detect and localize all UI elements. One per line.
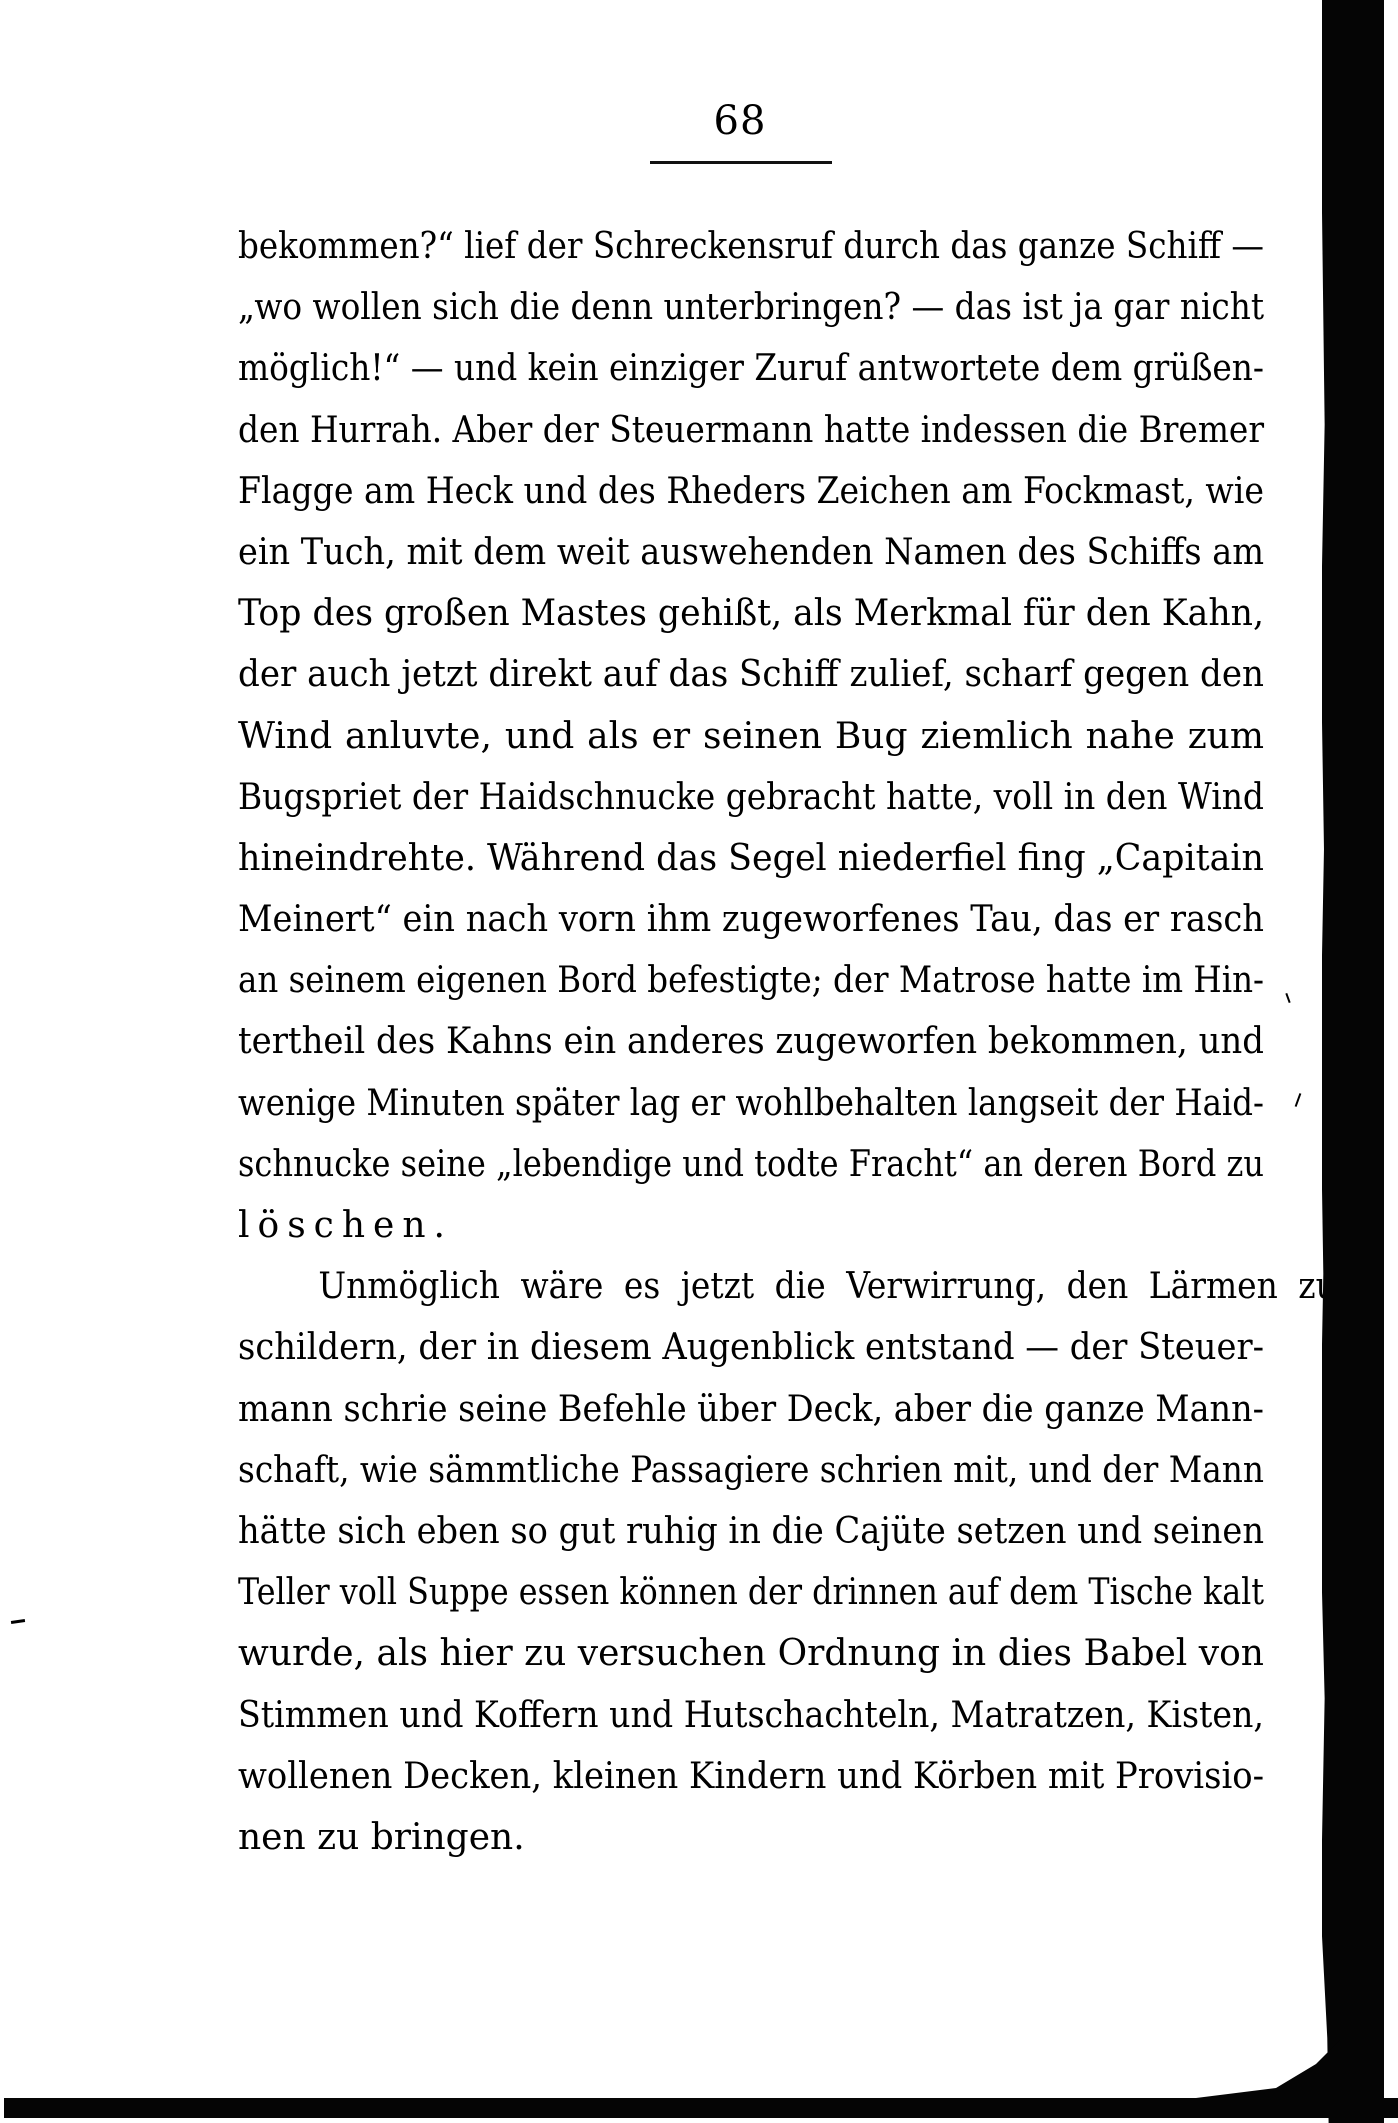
text-line: nen zu bringen. xyxy=(238,1807,1264,1868)
text-line: schnucke seine „lebendige und todte Frac… xyxy=(238,1134,1264,1195)
text-line: Flagge am Heck und des Rheders Zeichen a… xyxy=(238,461,1264,522)
text-line: „wo wollen sich die denn unterbringen? —… xyxy=(238,277,1264,338)
paragraph-start-line: Unmöglich wäre es jetzt die Verwirrung, … xyxy=(238,1256,1337,1317)
text-line: wenige Minuten später lag er wohlbehalte… xyxy=(238,1073,1264,1134)
page-margin-right xyxy=(1384,0,1398,2123)
text-line: Stimmen und Koffern und Hutschachteln, M… xyxy=(238,1685,1264,1746)
text-line: möglich!“ — und kein einziger Zuruf antw… xyxy=(238,338,1264,399)
text-line: den Hurrah. Aber der Steuermann hatte in… xyxy=(238,400,1264,461)
text-line: Teller voll Suppe essen können der drinn… xyxy=(238,1562,1264,1623)
text-line: Wind anluvte, und als er seinen Bug ziem… xyxy=(238,706,1264,767)
text-line: schildern, der in diesem Augenblick ents… xyxy=(238,1317,1264,1378)
text-line: ein Tuch, mit dem weit auswehenden Namen… xyxy=(238,522,1264,583)
text-line: löschen. xyxy=(238,1195,1264,1256)
scanned-book-page: 68 bekommen?“ lief der Schreckensruf dur… xyxy=(0,0,1398,2123)
text-line: Meinert“ ein nach vorn ihm zugeworfenes … xyxy=(238,889,1264,950)
body-text: bekommen?“ lief der Schreckensruf durch … xyxy=(238,216,1264,1868)
text-line: der auch jetzt direkt auf das Schiff zul… xyxy=(238,644,1264,705)
scan-speck xyxy=(1295,1093,1302,1107)
header-rule xyxy=(650,161,832,164)
text-line: hineindrehte. Während das Segel niederfi… xyxy=(238,828,1264,889)
text-line: Top des großen Mastes gehißt, als Merkma… xyxy=(238,583,1264,644)
text-line: an seinem eigenen Bord befestigte; der M… xyxy=(238,950,1264,1011)
text-line: wurde, als hier zu versuchen Ordnung in … xyxy=(238,1623,1264,1684)
page-edge-shadow-bottom xyxy=(4,2098,1398,2118)
text-line: hätte sich eben so gut ruhig in die Cajü… xyxy=(238,1501,1264,1562)
text-line: tertheil des Kahns ein anderes zugeworfe… xyxy=(238,1011,1264,1072)
text-line: mann schrie seine Befehle über Deck, abe… xyxy=(238,1379,1264,1440)
text-line: wollenen Decken, kleinen Kindern und Kör… xyxy=(238,1746,1264,1807)
scan-speck xyxy=(11,1619,25,1624)
page-edge-shadow-right xyxy=(1322,0,1388,2123)
text-line: schaft, wie sämmtliche Passagiere schrie… xyxy=(238,1440,1264,1501)
page-number: 68 xyxy=(0,98,1398,144)
text-line: bekommen?“ lief der Schreckensruf durch … xyxy=(238,216,1264,277)
page-edge-shadow-corner xyxy=(1180,2040,1340,2100)
scan-speck xyxy=(1285,993,1290,1003)
text-line: Bugspriet der Haidschnucke gebracht hatt… xyxy=(238,767,1264,828)
